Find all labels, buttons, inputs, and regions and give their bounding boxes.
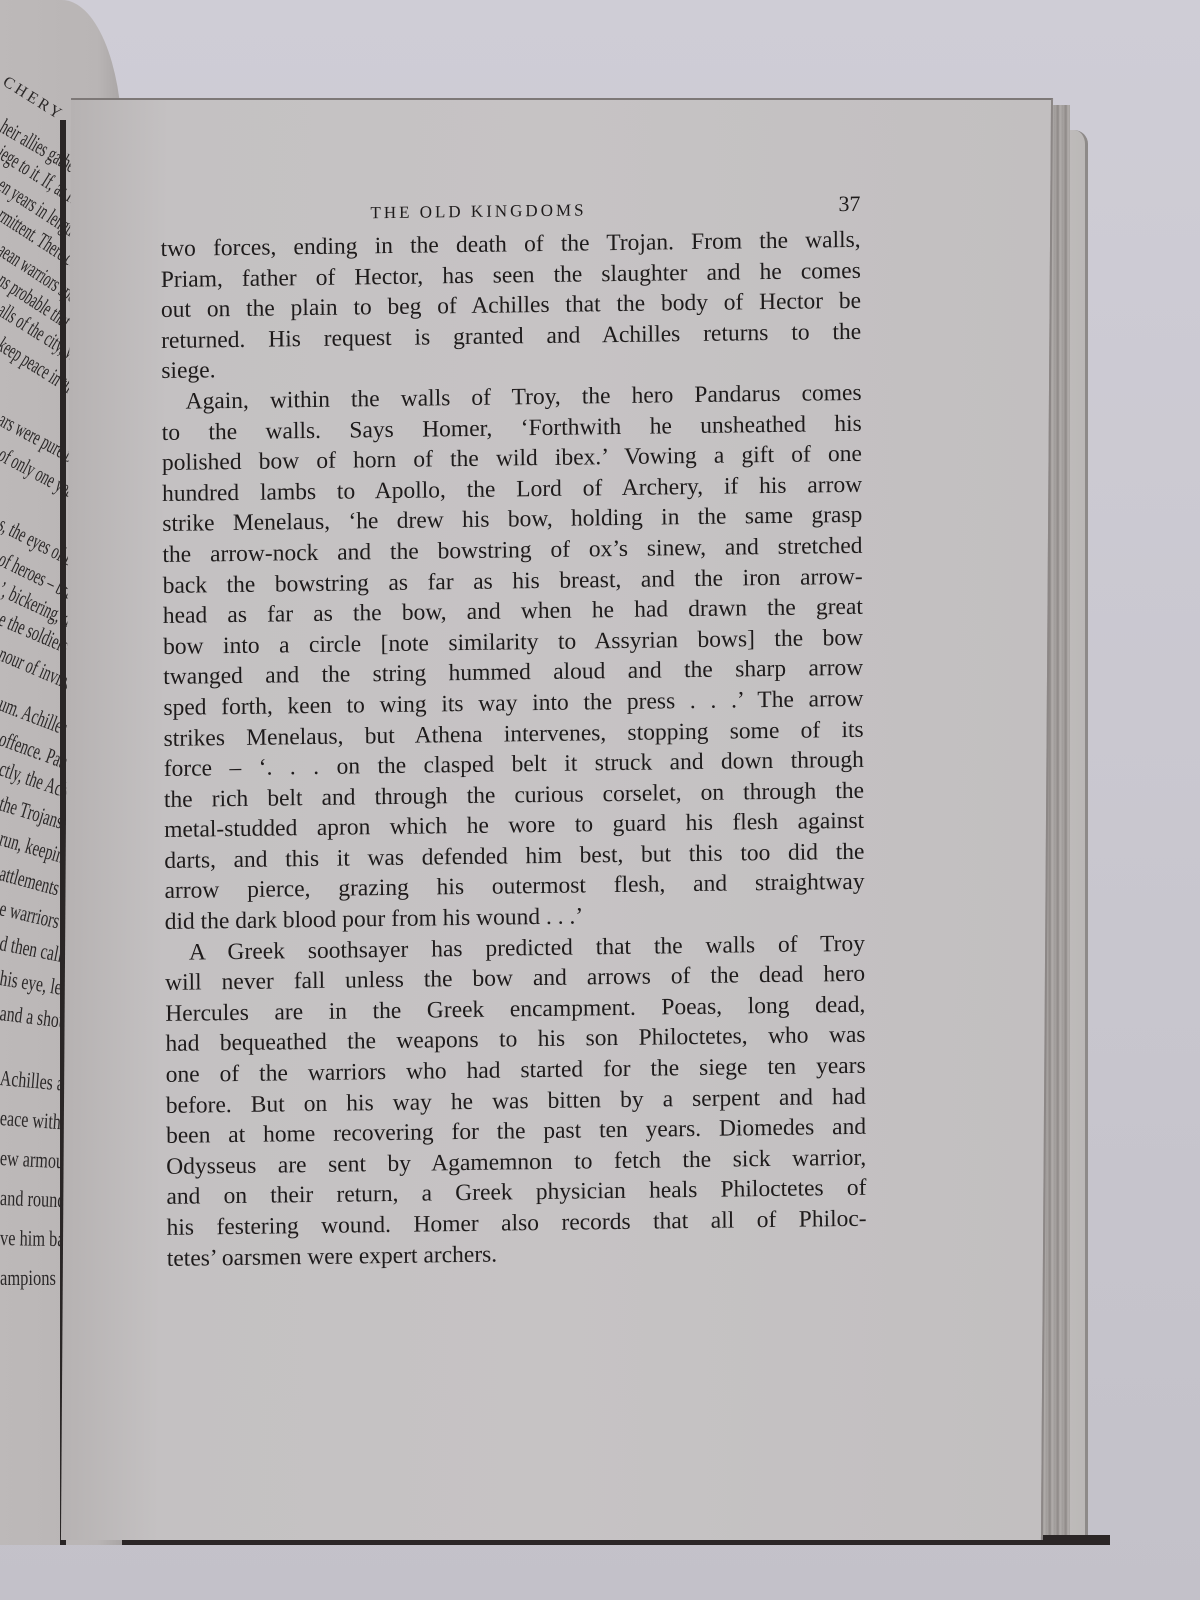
page-text-block: THE OLD KINGDOMS 37 two forces, ending i…	[160, 191, 867, 1274]
running-head-title: THE OLD KINGDOMS	[370, 200, 586, 223]
right-page: THE OLD KINGDOMS 37 two forces, ending i…	[61, 98, 1053, 1540]
body-text: two forces, ending in the death of the T…	[161, 225, 867, 1274]
page-number: 37	[838, 191, 860, 217]
